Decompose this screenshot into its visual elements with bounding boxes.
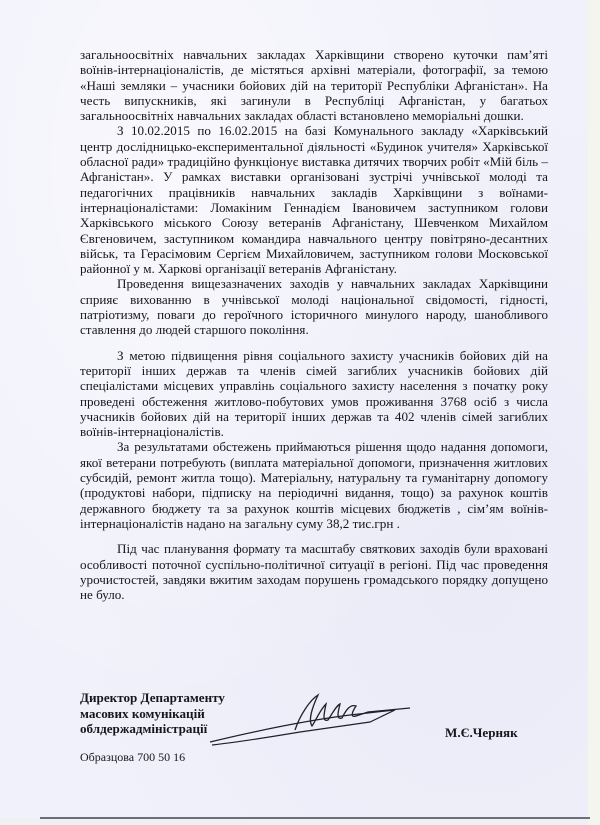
paragraph-exhibition: З 10.02.2015 по 16.02.2015 на базі Комун…	[80, 123, 548, 276]
contact-line: Образцова 700 50 16	[80, 750, 185, 765]
paragraph-public-order: Під час планування формату та масштабу с…	[80, 541, 548, 602]
paragraph-assistance: За результатами обстежень приймаються рі…	[80, 439, 548, 531]
paragraph-social-protection: З метою підвищення рівня соціального зах…	[80, 348, 548, 440]
document-body: загальноосвітніх навчальних закладах Хар…	[80, 47, 548, 602]
handwritten-signature-icon	[200, 690, 450, 750]
scan-edge-right	[588, 0, 600, 825]
spacer	[80, 531, 548, 541]
spacer	[80, 338, 548, 348]
paragraph-memorial-corners: загальноосвітніх навчальних закладах Хар…	[80, 47, 548, 123]
scan-edge-bottom	[40, 817, 590, 819]
paragraph-patriotic-education: Проведення вищезазначених заходів у навч…	[80, 276, 548, 337]
signatory-name: М.Є.Черняк	[445, 725, 518, 741]
document-page: загальноосвітніх навчальних закладах Хар…	[0, 0, 588, 818]
